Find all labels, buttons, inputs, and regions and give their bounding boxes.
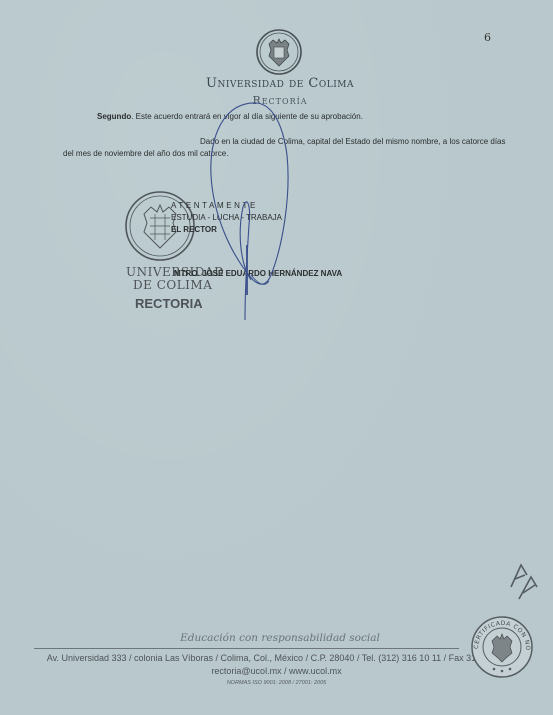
handwritten-signature-icon xyxy=(195,95,305,325)
university-seal-icon xyxy=(255,28,303,76)
document-page: 6 Universidad de Colima Rectoría Segundo… xyxy=(0,0,553,715)
initials-mark-icon xyxy=(505,555,545,605)
page-number: 6 xyxy=(484,31,491,44)
university-name: Universidad de Colima xyxy=(150,76,410,91)
iso-certification-seal-icon: CERTIFICADA CON NORMAS ISO xyxy=(470,615,534,679)
footer-tagline: Educación con responsabilidad social xyxy=(140,632,420,644)
footer-iso-norms: NORMAS ISO 9001: 2008 / 27001: 2005 xyxy=(0,680,553,686)
footer-divider xyxy=(34,648,459,649)
stamp-line-rectoria: RECTORIA xyxy=(135,296,203,311)
paragraph-label: Segundo xyxy=(97,112,131,121)
